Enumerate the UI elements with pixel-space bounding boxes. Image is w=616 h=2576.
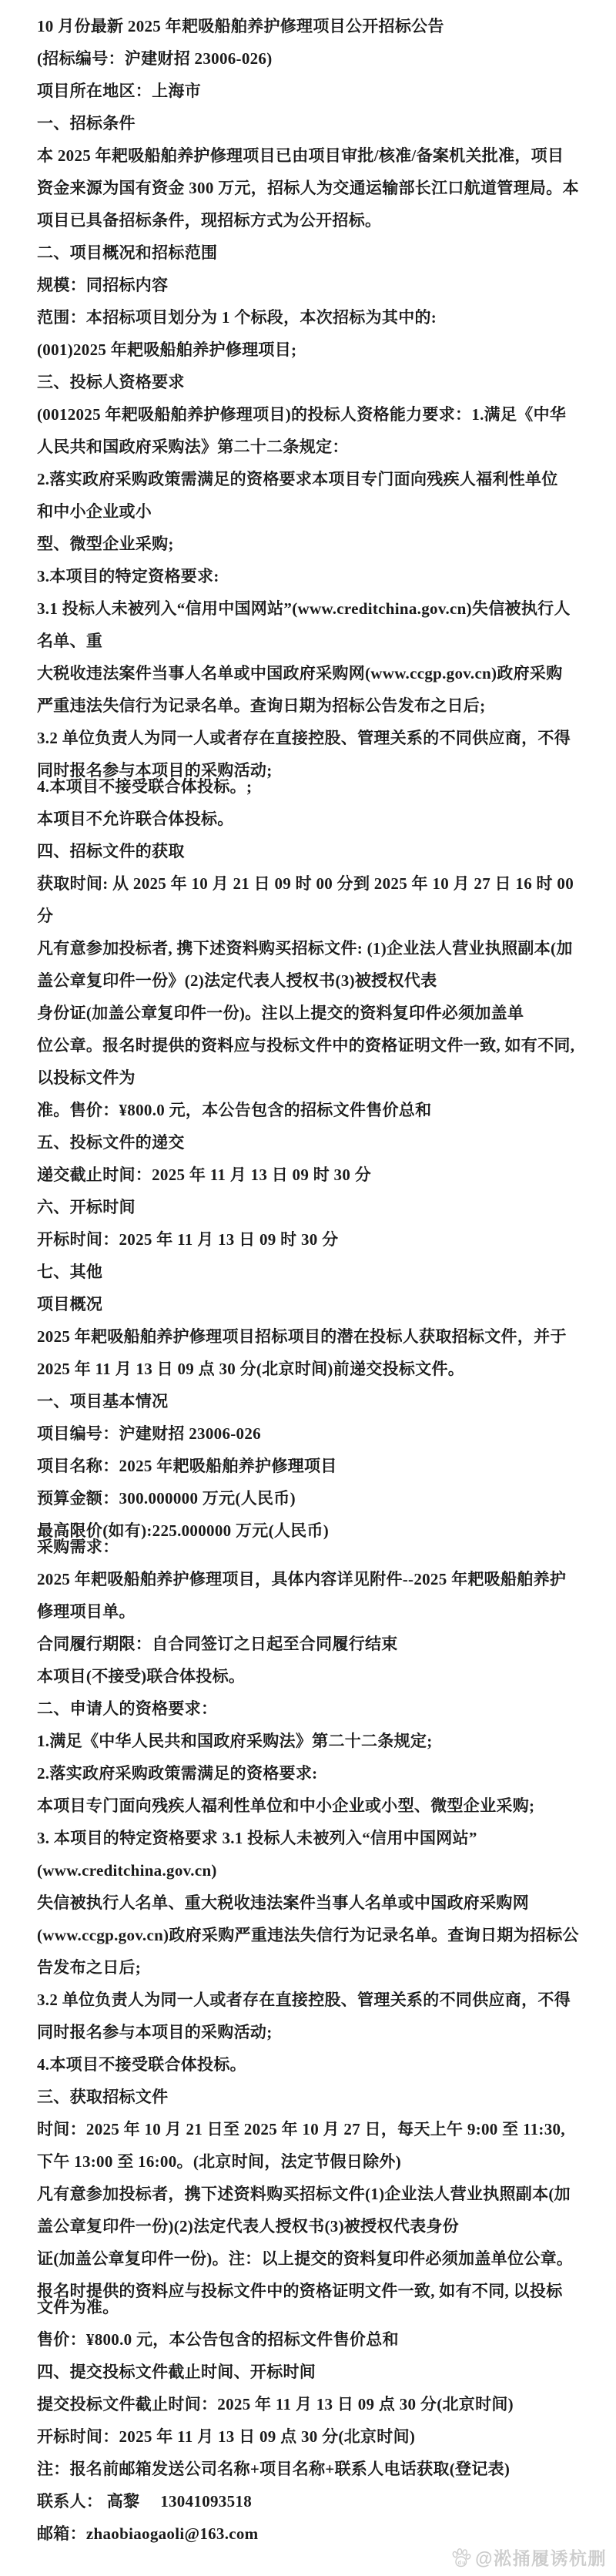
- text-line: 规模：同招标内容: [37, 275, 587, 295]
- text-line: 凡有意参加投标者, 携下述资料购买招标文件: (1)企业法人营业执照副本(加: [37, 938, 587, 958]
- svg-text:du: du: [458, 2561, 467, 2566]
- text-line: 范围：本招标项目划分为 1 个标段，本次招标为其中的:: [37, 307, 587, 327]
- text-line: (0012025 年耙吸船舶养护修理项目)的投标人资格能力要求：1.满足《中华: [37, 404, 587, 424]
- text-line: 盖公章复印件一份)(2)法定代表人授权书(3)被授权代表身份: [37, 2216, 587, 2236]
- text-line: 证(加盖公章复印件一份)。注：以上提交的资料复印件必须加盖单位公章。: [37, 2249, 587, 2269]
- text-line: 预算金额：300.000000 万元(人民币): [37, 1488, 587, 1508]
- text-line: 分: [37, 906, 587, 926]
- text-line: 本 2025 年耙吸船舶养护修理项目已由项目审批/核准/备案机关批准，项目: [37, 146, 587, 166]
- text-line: 告发布之日后;: [37, 1957, 587, 1977]
- text-line: 注：报名前邮箱发送公司名称+项目名称+联系人电话获取(登记表): [37, 2459, 587, 2479]
- text-line: 获取时间: 从 2025 年 10 月 21 日 09 时 00 分到 2025…: [37, 874, 587, 894]
- text-line: 身份证(加盖公章复印件一份)。注以上提交的资料复印件必须加盖单: [37, 1003, 587, 1023]
- text-line: 开标时间：2025 年 11 月 13 日 09 点 30 分(北京时间): [37, 2427, 587, 2447]
- text-line: 时间：2025 年 10 月 21 日至 2025 年 10 月 27 日，每天…: [37, 2119, 587, 2139]
- text-line: 和中小企业或小: [37, 501, 587, 522]
- text-line: 一、招标条件: [37, 113, 587, 133]
- text-line: 同时报名参与本项目的采购活动;: [37, 2022, 587, 2042]
- text-line: 二、申请人的资格要求：: [37, 1699, 587, 1719]
- text-line: 本项目不允许联合体投标。: [37, 809, 587, 829]
- text-line: 名单、重: [37, 631, 587, 651]
- watermark: du @淞捅履诱杭删: [450, 2544, 607, 2570]
- text-line: 人民共和国政府采购法》第二十二条规定：: [37, 437, 587, 457]
- text-line: 项目名称：2025 年耙吸船舶养护修理项目: [37, 1456, 587, 1476]
- text-line: 3. 本项目的特定资格要求 3.1 投标人未被列入“信用中国网站”: [37, 1828, 587, 1848]
- text-line: 盖公章复印件一份》(2)法定代表人授权书(3)被授权代表: [37, 971, 587, 991]
- text-line: 四、招标文件的获取: [37, 841, 587, 861]
- text-line: 项目概况: [37, 1294, 587, 1314]
- text-line: 一、项目基本情况: [37, 1391, 587, 1411]
- text-line: 项目所在地区：上海市: [37, 81, 587, 101]
- text-line: 大税收违法案件当事人名单或中国政府采购网(www.ccgp.gov.cn)政府采…: [37, 663, 587, 683]
- text-line: 资金来源为国有资金 300 万元，招标人为交通运输部长江口航道管理局。本: [37, 178, 587, 198]
- text-line: 型、微型企业采购;: [37, 534, 587, 554]
- text-line: 2025 年 11 月 13 日 09 点 30 分(北京时间)前递交投标文件。: [37, 1359, 587, 1379]
- text-line: 4.本项目不接受联合体投标。: [37, 2054, 587, 2075]
- text-line: 本项目专门面向残疾人福利性单位和中小企业或小型、微型企业采购;: [37, 1796, 587, 1816]
- text-line: 准。售价：¥800.0 元，本公告包含的招标文件售价总和: [37, 1100, 587, 1120]
- text-line: 下午 13:00 至 16:00。(北京时间，法定节假日除外): [37, 2152, 587, 2172]
- text-line: 4.本项目不接受联合体投标。;: [37, 776, 587, 797]
- baidu-paw-icon: du: [450, 2546, 473, 2569]
- text-line: 3.1 投标人未被列入“信用中国网站”(www.creditchina.gov.…: [37, 599, 587, 619]
- text-line: 开标时间：2025 年 11 月 13 日 09 时 30 分: [37, 1229, 587, 1249]
- text-line: 三、投标人资格要求: [37, 372, 587, 392]
- text-line: 失信被执行人名单、重大税收违法案件当事人名单或中国政府采购网: [37, 1893, 587, 1913]
- text-line: 3.本项目的特定资格要求:: [37, 566, 587, 586]
- text-line: 二、项目概况和招标范围: [37, 243, 587, 263]
- text-line: 三、获取招标文件: [37, 2087, 587, 2107]
- text-line: 售价：¥800.0 元，本公告包含的招标文件售价总和: [37, 2329, 587, 2350]
- text-line: 以投标文件为: [37, 1068, 587, 1088]
- text-line: 递交截止时间：2025 年 11 月 13 日 09 时 30 分: [37, 1165, 587, 1185]
- text-line: 位公章。报名时提供的资料应与投标文件中的资格证明文件一致, 如有不同,: [37, 1035, 587, 1055]
- text-line: 2025 年耙吸船舶养护修理项目，具体内容详见附件--2025 年耙吸船舶养护: [37, 1569, 587, 1589]
- text-line: 六、开标时间: [37, 1197, 587, 1217]
- text-line: 项目已具备招标条件，现招标方式为公开招标。: [37, 210, 587, 230]
- text-line: (001)2025 年耙吸船舶养护修理项目;: [37, 340, 587, 360]
- text-line: (www.creditchina.gov.cn): [37, 1860, 587, 1880]
- text-line: 2.落实政府采购政策需满足的资格要求本项目专门面向残疾人福利性单位: [37, 469, 587, 489]
- text-line: 修理项目单。: [37, 1602, 587, 1622]
- text-line: 3.2 单位负责人为同一人或者存在直接控股、管理关系的不同供应商，不得: [37, 1990, 587, 2010]
- text-line: (招标编号：沪建财招 23006-026): [37, 49, 587, 69]
- text-line: 严重违法失信行为记录名单。查询日期为招标公告发布之日后;: [37, 696, 587, 716]
- text-line: 报名时提供的资料应与投标文件中的资格证明文件一致, 如有不同, 以投标: [37, 2281, 587, 2301]
- text-line: 本项目(不接受)联合体投标。: [37, 1666, 587, 1686]
- watermark-text: @淞捅履诱杭删: [475, 2544, 607, 2570]
- text-line: 联系人： 高黎 13041093518: [37, 2491, 587, 2511]
- text-line: 邮箱：zhaobiaogaoli@163.com: [37, 2524, 587, 2544]
- document-body: 10 月份最新 2025 年耙吸船舶养护修理项目公开招标公告(招标编号：沪建财招…: [37, 16, 587, 2544]
- text-line: 1.满足《中华人民共和国政府采购法》第二十二条规定;: [37, 1731, 587, 1751]
- text-line: 2.落实政府采购政策需满足的资格要求:: [37, 1763, 587, 1783]
- text-line: 七、其他: [37, 1262, 587, 1282]
- text-line: 项目编号：沪建财招 23006-026: [37, 1424, 587, 1444]
- announcement-document: 10 月份最新 2025 年耙吸船舶养护修理项目公开招标公告(招标编号：沪建财招…: [0, 0, 616, 2544]
- text-line: 五、投标文件的递交: [37, 1132, 587, 1152]
- text-line: 凡有意参加投标者，携下述资料购买招标文件(1)企业法人营业执照副本(加: [37, 2184, 587, 2204]
- text-line: 合同履行期限：自合同签订之日起至合同履行结束: [37, 1634, 587, 1654]
- text-line: 四、提交投标文件截止时间、开标时间: [37, 2362, 587, 2382]
- text-line: 3.2 单位负责人为同一人或者存在直接控股、管理关系的不同供应商，不得: [37, 728, 587, 748]
- page: { "page": { "background_color": "#ffffff…: [0, 0, 616, 2576]
- text-line: (www.ccgp.gov.cn)政府采购严重违法失信行为记录名单。查询日期为招…: [37, 1925, 587, 1945]
- text-line: 2025 年耙吸船舶养护修理项目招标项目的潜在投标人获取招标文件，并于: [37, 1327, 587, 1347]
- text-line: 10 月份最新 2025 年耙吸船舶养护修理项目公开招标公告: [37, 16, 587, 36]
- text-line: 提交投标文件截止时间：2025 年 11 月 13 日 09 点 30 分(北京…: [37, 2394, 587, 2414]
